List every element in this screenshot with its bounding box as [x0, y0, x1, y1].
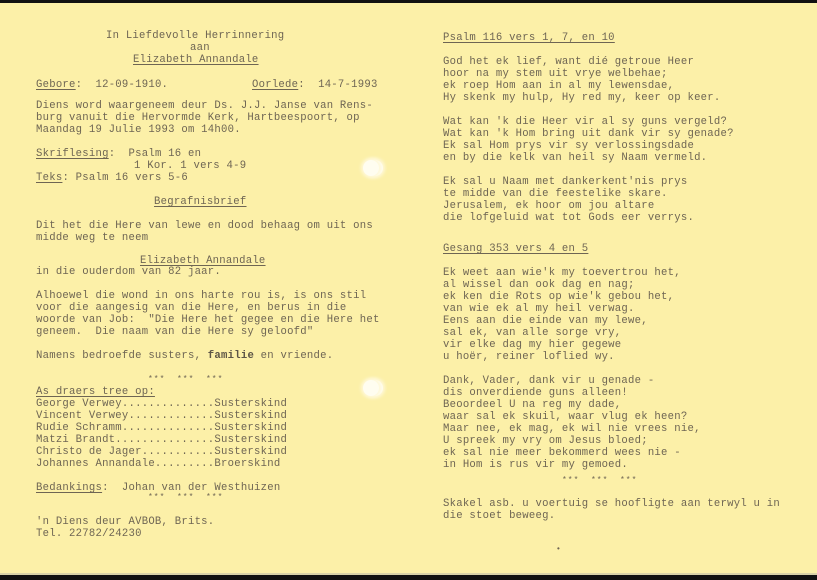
- footer-line: Tel. 22782/24230: [36, 528, 142, 540]
- hymn-line: vir elke dag my hier gegewe: [443, 339, 621, 351]
- psalm-line: Wat kan 'k die Heer vir al sy guns verge…: [443, 116, 727, 128]
- hymn-line: u hoër, reiner loflied wy.: [443, 351, 615, 363]
- text-row: Teks: Psalm 16 vers 5-6: [36, 172, 188, 184]
- heading-line2: aan: [190, 42, 210, 54]
- heading-name: Elizabeth Annandale: [133, 54, 259, 66]
- psalm-line: Wat kan 'k Hom bring uit dank vir sy gen…: [443, 128, 734, 140]
- reading-line2: 1 Kor. 1 vers 4-9: [134, 160, 246, 172]
- service-line: burg vanuit die Hervormde Kerk, Hartbees…: [36, 112, 360, 124]
- died-row: Oorlede: 14-7-1993: [252, 79, 378, 91]
- separator: *** *** ***: [148, 374, 223, 386]
- psalm-title: Psalm 116 vers 1, 7, en 10: [443, 32, 615, 44]
- letter-body-line: Alhoewel die wond in ons harte rou is, i…: [36, 290, 366, 302]
- family-suffix: en vriende.: [254, 350, 333, 362]
- hymn-line: Ek weet aan wie'k my toevertrou het,: [443, 267, 681, 279]
- separator: *** *** ***: [148, 492, 223, 504]
- psalm-line: en by die kelk van heil sy Naam vermeld.: [443, 152, 707, 164]
- reading-row: Skriflesing: Psalm 16 en: [36, 148, 201, 160]
- letter-intro-line: midde weg te neem: [36, 232, 148, 244]
- scan-edge-bottom: [0, 575, 817, 580]
- family-bold: familie: [208, 350, 254, 362]
- family-line: Namens bedroefde susters, familie en vri…: [36, 350, 333, 362]
- hymn-line: Eens aan die einde van my lewe,: [443, 315, 648, 327]
- funeral-letter-title: Begrafnisbrief: [154, 196, 247, 208]
- thanks-label: Bedankings: [36, 482, 102, 494]
- text-label: Teks: [36, 172, 62, 184]
- reading-label: Skriflesing: [36, 148, 109, 160]
- hymn-line: ek ken die Rots op wie'k gebou het,: [443, 291, 674, 303]
- hymn-line: ek sal nie meer bekommerd wees nie -: [443, 447, 681, 459]
- notice-line: Skakel asb. u voertuig se hoofligte aan …: [443, 498, 780, 510]
- family-prefix: Namens bedroefde susters,: [36, 350, 208, 362]
- born-row: Gebore: 12-09-1910.: [36, 79, 168, 91]
- hymn-line: van wie ek al my heil verwag.: [443, 303, 635, 315]
- hymn-title: Gesang 353 vers 4 en 5: [443, 243, 588, 255]
- service-line: Diens word waargeneem deur Ds. J.J. Jans…: [36, 100, 373, 112]
- psalm-line: Ek sal Hom prys vir sy verlossingsdade: [443, 140, 694, 152]
- bearer-row: George Verwey..............Susterskind: [36, 398, 287, 410]
- psalm-line: hoor na my stem uit vrye welbehae;: [443, 68, 668, 80]
- hymn-line: Beoordeel U na reg my dade,: [443, 399, 621, 411]
- letter-age: in die ouderdom van 82 jaar.: [36, 266, 221, 278]
- hymn-line: waar sal ek skuil, waar vlug ek heen?: [443, 411, 687, 423]
- speck: •: [556, 544, 561, 556]
- letter-body-line: voor die aangesig van die Here, en berus…: [36, 302, 347, 314]
- hymn-line: in Hom is rus vir my gemoed.: [443, 459, 628, 471]
- heading-line1: In Liefdevolle Herrinnering: [106, 30, 284, 42]
- psalm-line: ek roep Hom aan in al my lewensdae,: [443, 80, 674, 92]
- footer-line: 'n Diens deur AVBOB, Brits.: [36, 516, 214, 528]
- notice-line: die stoet beweeg.: [443, 510, 555, 522]
- hymn-line: Dank, Vader, dank vir u genade -: [443, 375, 654, 387]
- separator: *** *** ***: [562, 475, 637, 487]
- hymn-line: sal ek, van alle sorge vry,: [443, 327, 621, 339]
- psalm-line: Ek sal u Naam met dankerkent'nis prys: [443, 176, 687, 188]
- hymn-line: U spreek my vry om Jesus bloed;: [443, 435, 648, 447]
- letter-intro-line: Dit het die Here van lewe en dood behaag…: [36, 220, 373, 232]
- died-label: Oorlede: [252, 79, 298, 91]
- born-label: Gebore: [36, 79, 76, 91]
- punch-hole: [363, 380, 379, 396]
- right-page: Psalm 116 vers 1, 7, en 10 God het ek li…: [410, 0, 817, 575]
- psalm-line: God het ek lief, want dié getroue Heer: [443, 56, 694, 68]
- bearer-row: Johannes Annandale.........Broerskind: [36, 458, 280, 470]
- hymn-line: al wissel dan ook dag en nag;: [443, 279, 635, 291]
- hymn-line: Maar nee, ek mag, ek wil nie vrees nie,: [443, 423, 701, 435]
- psalm-line: die lofgeluid wat tot Gods eer verrys.: [443, 212, 694, 224]
- bearer-row: Matzi Brandt...............Susterskind: [36, 434, 287, 446]
- reading-line1: : Psalm 16 en: [109, 148, 202, 160]
- psalm-line: Jerusalem, ek hoor om jou altare: [443, 200, 654, 212]
- letter-body-line: woorde van Job: "Die Here het gegee en d…: [36, 314, 380, 326]
- hymn-line: dis onverdiende guns alleen!: [443, 387, 628, 399]
- left-page: In Liefdevolle Herrinnering aan Elizabet…: [0, 0, 410, 575]
- service-line: Maandag 19 Julie 1993 om 14h00.: [36, 124, 241, 136]
- bearer-row: Christo de Jager...........Susterskind: [36, 446, 287, 458]
- psalm-line: te midde van die feestelike skare.: [443, 188, 668, 200]
- born-date: : 12-09-1910.: [76, 79, 169, 91]
- bearer-row: Rudie Schramm..............Susterskind: [36, 422, 287, 434]
- bearers-title: As draers tree op:: [36, 386, 155, 398]
- letter-body-line: geneem. Die naam van die Here sy geloofd…: [36, 326, 314, 338]
- text-value: : Psalm 16 vers 5-6: [62, 172, 188, 184]
- punch-hole: [363, 160, 379, 176]
- died-date: : 14-7-1993: [298, 79, 377, 91]
- psalm-line: Hy skenk my hulp, Hy red my, keer op kee…: [443, 92, 721, 104]
- bearer-row: Vincent Verwey.............Susterskind: [36, 410, 287, 422]
